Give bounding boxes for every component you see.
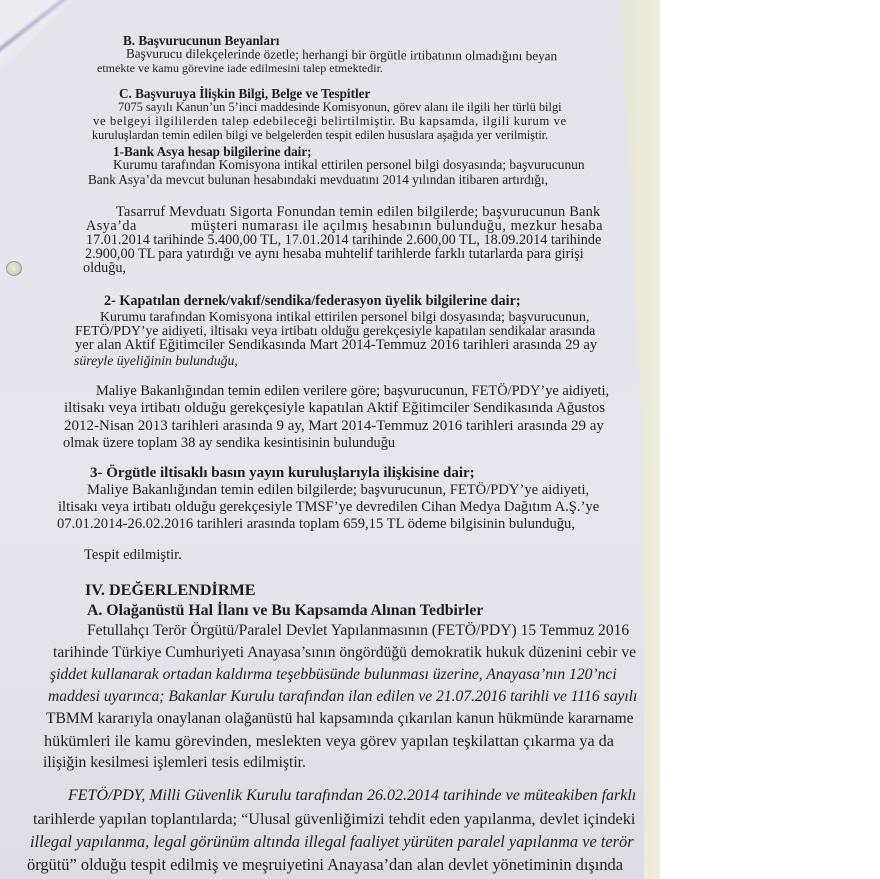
item-3-heading: 3- Örgütle iltisaklı basın yayın kuruluş… [90,466,475,481]
punch-hole [6,261,22,276]
item-2-line: olmak üzere toplam 38 ay sendika kesinti… [63,436,395,451]
conclusion-text: Tespit edilmiştir. [84,548,182,563]
section-iv-line: örgütü” olduğu tespit edilmiş ve meşruiy… [27,856,623,874]
section-iv-line-italic: FETÖ/PDY, Milli Güvenlik Kurulu tarafınd… [68,787,636,804]
item-2-heading: 2- Kapatılan dernek/vakıf/sendika/federa… [104,294,521,309]
section-iv-line: maddesi uyarınca; Bakanlar Kurulu tarafı… [48,688,637,706]
section-iv-subheading: A. Olağanüstü Hal İlanı ve Bu Kapsamda A… [87,601,483,620]
section-b-line: etmekte ve kamu görevine iade edilmesini… [97,61,383,76]
section-c-line: 7075 sayılı Kanun’un 5’inci maddesinde K… [118,100,562,115]
section-iv-line: tarihinde Türkiye Cumhuriyeti Anayasa’sı… [53,644,636,662]
paper-edge-strip [620,0,660,879]
section-iv-line: hükümleri ile kamu görevinden, meslekten… [44,732,614,750]
item-2-line: süreyle üyeliğinin bulunduğu, [74,353,238,368]
item-3-line: 07.01.2014-26.02.2016 tarihleri arasında… [57,517,575,532]
section-iv-line-italic: şiddet kullanarak ortadan kaldırma teşeb… [50,666,617,683]
section-iv-line: FETÖ/PDY, Milli Güvenlik Kurulu tarafınd… [68,787,636,805]
section-iv-line: şiddet kullanarak ortadan kaldırma teşeb… [50,666,617,684]
item-3-line: iltisakı veya irtibatı olduğu gerekçesiy… [58,500,599,515]
item-2-line: FETÖ/PDY’ye aidiyeti, iltisakı veya irti… [75,323,595,338]
section-c-line: ve belgeyi ilgililerden talep edebileceğ… [93,114,567,129]
item-2-line: iltisakı veya irtibatı olduğu gerekçesiy… [64,401,605,416]
section-iv-line: illegal yapılanma, legal görünüm altında… [30,833,634,851]
item-2-line: Maliye Bakanlığından temin edilen verile… [96,384,609,399]
item-2-line: yer alan Aktif Eğitimciler Sendikasında … [75,338,597,353]
item-3-line: Maliye Bakanlığından temin edilen bilgil… [87,483,589,498]
item-2-line: 2012-Nisan 2013 tarihleri arasında 9 ay,… [64,419,604,434]
item-1-line: olduğu, [83,261,126,276]
section-iv-line: ilişiğin kesilmesi işlemleri tesis edilm… [43,754,306,772]
section-iv-line: TBMM kararıyla onaylanan olağanüstü hal … [46,710,634,728]
section-iv-heading: IV. DEĞERLENDİRME [85,581,256,600]
item-1-line: Bank Asya’da mevcut bulunan hesabındaki … [88,172,548,187]
item-2-line: Kurumu tarafından Komisyona intikal etti… [100,309,589,324]
section-c-heading: C. Başvuruya İlişkin Bilgi, Belge ve Tes… [119,86,370,101]
item-1-line: Kurumu tarafından Komisyona intikal etti… [113,157,585,172]
item-1-line: 2.900,00 TL para yatırdığı ve aynı hesab… [85,247,584,262]
section-c-line: kuruluşlardan temin edilen bilgi ve belg… [92,128,548,143]
document-photo: B. Başvurucunun Beyanları Başvurucu dile… [0,0,660,879]
section-iv-line: tarihlerde yapılan toplantılarda; “Ulusa… [33,810,635,828]
section-iv-line: Fetullahçı Terör Örgütü/Paralel Devlet Y… [87,622,629,640]
